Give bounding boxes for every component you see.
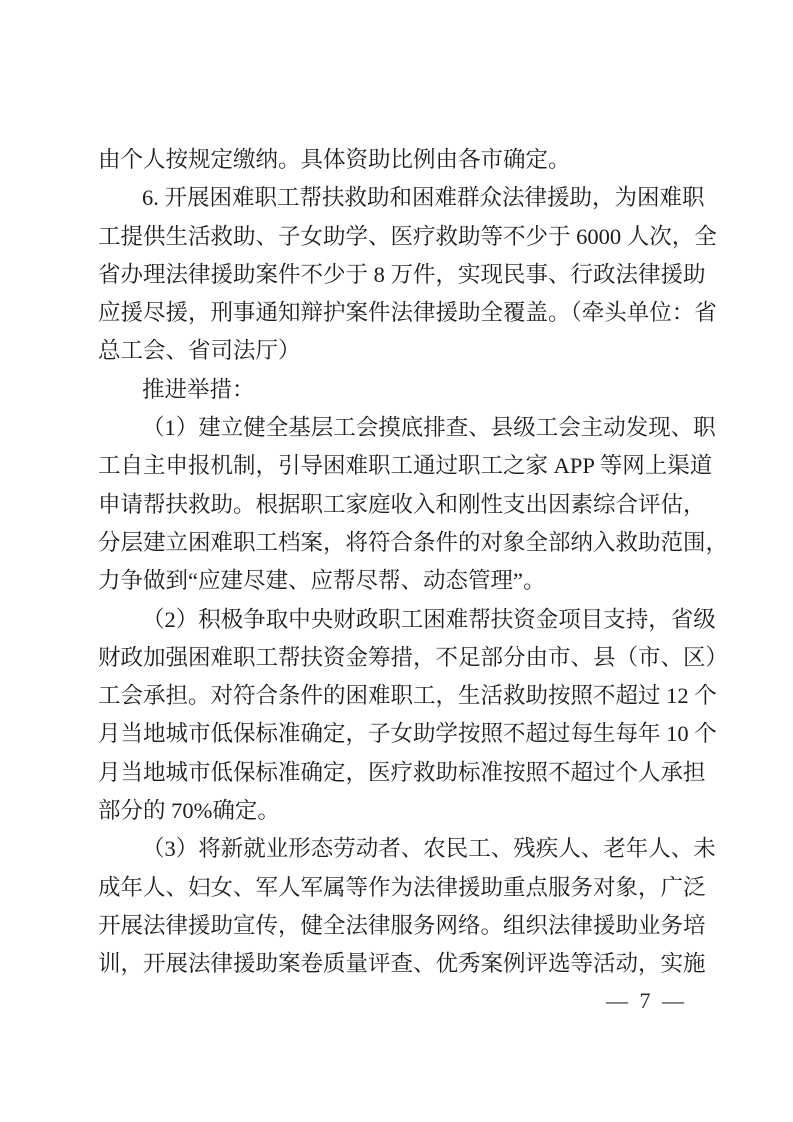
- text-line: 训，开展法律援助案卷质量评查、优秀案例评选等活动，实施: [98, 945, 698, 983]
- text-line: 工会承担。对符合条件的困难职工，生活救助按照不超过 12 个: [98, 677, 698, 715]
- text-line: 6. 开展困难职工帮扶救助和困难群众法律援助，为困难职: [98, 179, 698, 217]
- text-line: 财政加强困难职工帮扶资金筹措，不足部分由市、县（市、区）: [98, 639, 698, 677]
- text-line: 分层建立困难职工档案，将符合条件的对象全部纳入救助范围，: [98, 524, 698, 562]
- text-line: 力争做到“应建尽建、应帮尽帮、动态管理”。: [98, 562, 698, 600]
- text-line: 开展法律援助宣传，健全法律服务网络。组织法律援助业务培: [98, 907, 698, 945]
- text-line: 月当地城市低保标准确定，医疗救助标准按照不超过个人承担: [98, 754, 698, 792]
- document-text-block: 由个人按规定缴纳。具体资助比例由各市确定。 6. 开展困难职工帮扶救助和困难群众…: [98, 141, 698, 984]
- text-line: 部分的 70%确定。: [98, 792, 698, 830]
- text-line: （3）将新就业形态劳动者、农民工、残疾人、老年人、未: [98, 830, 698, 868]
- text-line: （1）建立健全基层工会摸底排查、县级工会主动发现、职: [98, 409, 698, 447]
- text-line: 由个人按规定缴纳。具体资助比例由各市确定。: [98, 141, 698, 179]
- text-line: （2）积极争取中央财政职工困难帮扶资金项目支持，省级: [98, 601, 698, 639]
- text-line: 申请帮扶救助。根据职工家庭收入和刚性支出因素综合评估，: [98, 486, 698, 524]
- document-page: 由个人按规定缴纳。具体资助比例由各市确定。 6. 开展困难职工帮扶救助和困难群众…: [0, 0, 793, 1122]
- text-line: 省办理法律援助案件不少于 8 万件，实现民事、行政法律援助: [98, 256, 698, 294]
- text-line: 应援尽援，刑事通知辩护案件法律援助全覆盖。（牵头单位：省: [98, 294, 698, 332]
- text-line: 月当地城市低保标准确定，子女助学按照不超过每生每年 10 个: [98, 715, 698, 753]
- text-line: 推进举措：: [98, 371, 698, 409]
- page-number: — 7 —: [606, 986, 687, 1016]
- text-line: 工提供生活救助、子女助学、医疗救助等不少于 6000 人次，全: [98, 218, 698, 256]
- text-line: 工自主申报机制，引导困难职工通过职工之家 APP 等网上渠道: [98, 447, 698, 485]
- text-line: 成年人、妇女、军人军属等作为法律援助重点服务对象，广泛: [98, 869, 698, 907]
- text-line: 总工会、省司法厅）: [98, 332, 698, 370]
